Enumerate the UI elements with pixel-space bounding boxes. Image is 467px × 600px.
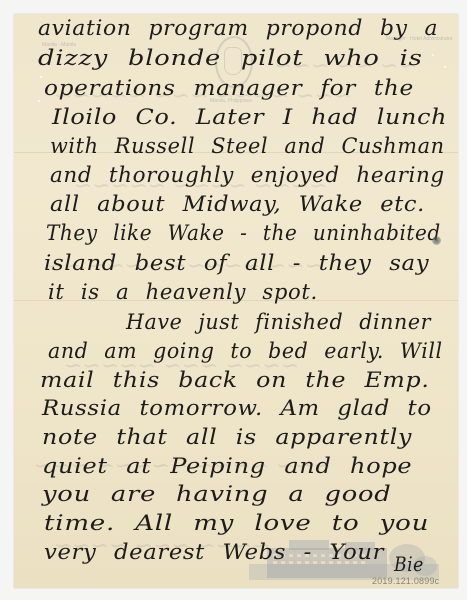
paper-speck — [444, 66, 446, 68]
letter-line-15: note that all is apparently — [42, 425, 412, 449]
letter-line-7: all about Midway, Wake etc. — [50, 192, 425, 216]
letter-line-10: it is a heavenly spot. — [48, 280, 318, 304]
letter-line-5: with Russell Steel and Cushman — [50, 134, 445, 158]
letter-line-8: They like Wake - the uninhabited — [46, 221, 441, 245]
letter-line-14: Russia tomorrow. Am glad to — [42, 396, 432, 420]
letter-line-12: and am going to bed early. Will — [48, 339, 443, 363]
letter-line-9: island best of all - they say — [44, 251, 429, 275]
letter-line-17: you are having a good — [42, 482, 392, 506]
paper-speck — [432, 54, 434, 56]
letter-line-18: time. All my love to you — [44, 511, 429, 535]
letter-line-3: operations manager for the — [44, 76, 414, 100]
letter-page: ~~ ~~ ~~~ ~~~ ~~~~ ~~~ ~~~~~ ~~~~ ~~~~ ~… — [14, 14, 458, 588]
signature: Bie — [394, 552, 424, 576]
letter-line-4: Iloilo Co. Later I had lunch — [52, 105, 447, 129]
letter-line-19: very dearest Webs - Your — [44, 540, 384, 564]
scanned-document: ~~ ~~ ~~~ ~~~ ~~~~ ~~~ ~~~~~ ~~~~ ~~~~ ~… — [0, 0, 467, 600]
letter-line-2: dizzy blonde pilot who is — [38, 46, 423, 70]
letter-line-6: and thoroughly enjoyed hearing — [50, 163, 445, 187]
letter-line-16: quiet at Peiping and hope — [42, 454, 412, 478]
letter-line-1: aviation program propond by a — [38, 16, 438, 40]
paper-speck — [38, 100, 40, 102]
accession-number: 2019.121.0899c — [372, 576, 439, 586]
letter-line-13: mail this back on the Emp. — [40, 368, 430, 392]
paper-speck — [40, 76, 42, 78]
letter-line-11: Have just finished dinner — [126, 310, 431, 334]
ink-blot — [432, 236, 441, 245]
